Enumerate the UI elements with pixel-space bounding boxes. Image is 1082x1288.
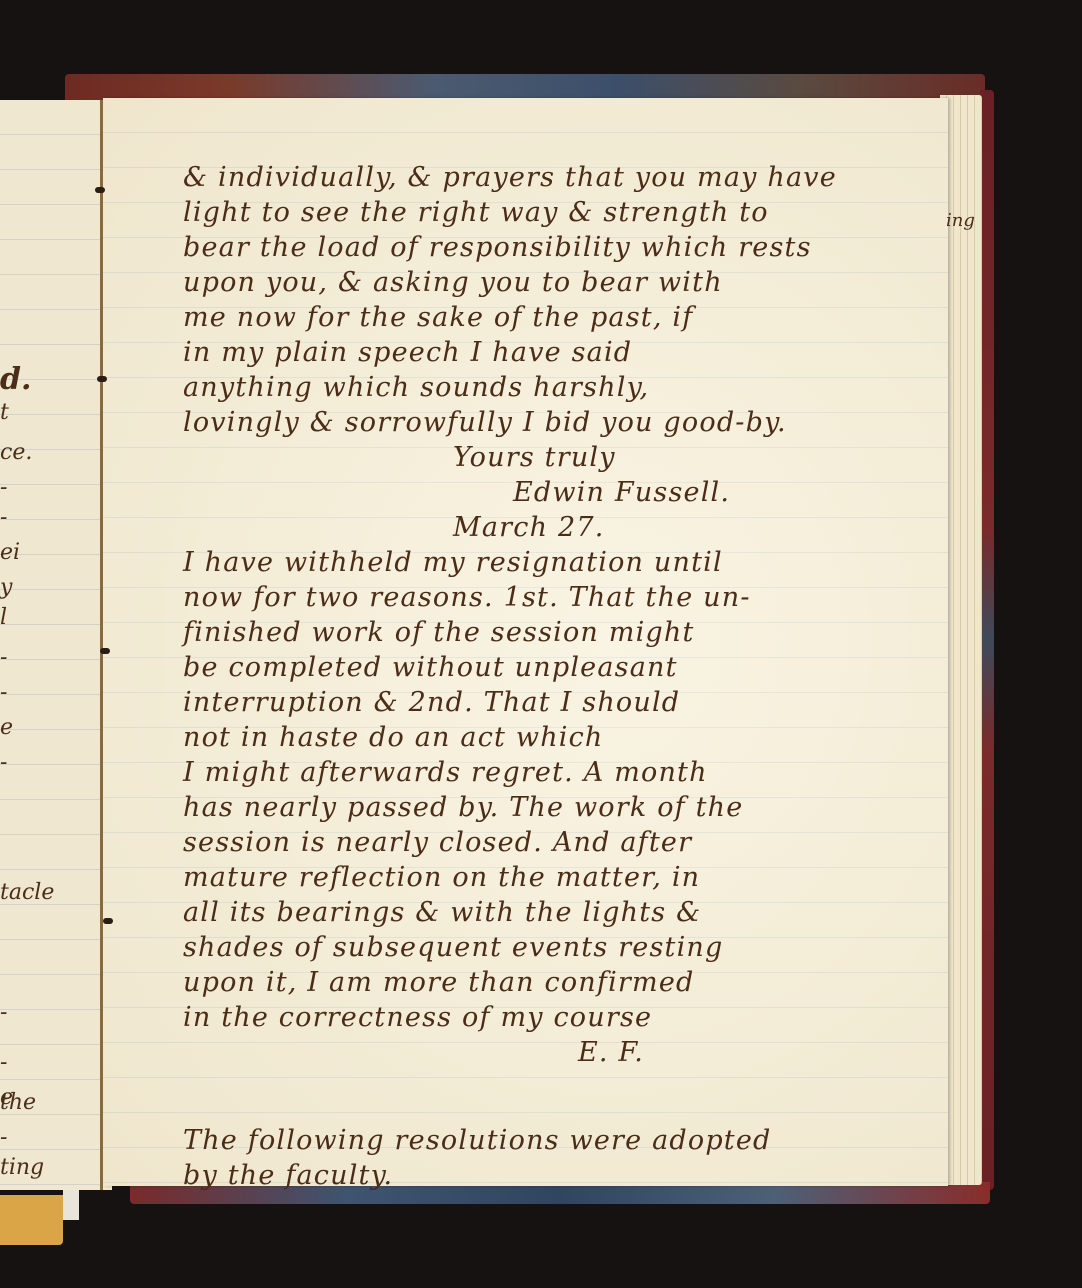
blank-line [183,1070,943,1105]
left-fragment: l [0,605,7,630]
margin-note: ing [946,210,975,231]
manuscript-line: be completed without unpleasant [183,650,943,685]
manuscript-line: upon it, I am more than confirmed [183,965,943,1000]
manuscript-line: interruption & 2nd. That I should [183,685,943,720]
binding-stitch [103,918,113,924]
left-fragment: the [0,1090,36,1115]
manuscript-line: I have withheld my resignation until [183,545,943,580]
left-fragment: - [0,1125,7,1150]
manuscript-line: anything which sounds harshly, [183,370,943,405]
manuscript-line: upon you, & asking you to bear with [183,265,943,300]
book-gutter [100,100,103,1190]
letter-closing: Yours truly [183,440,943,475]
manuscript-line: me now for the sake of the past, if [183,300,943,335]
left-fragment: e [0,715,13,740]
manuscript-line: light to see the right way & strength to [183,195,943,230]
white-tab-marker [63,1190,79,1220]
manuscript-line: lovingly & sorrowfully I bid you good-by… [183,405,943,440]
left-fragment: - [0,750,7,775]
entry-date: March 27. [183,510,943,545]
manuscript-line: in my plain speech I have said [183,335,943,370]
manuscript-line: now for two reasons. 1st. That the un- [183,580,943,615]
manuscript-text: & individually, & prayers that you may h… [183,160,943,1193]
signature: Edwin Fussell. [183,475,943,510]
binding-stitch [97,376,107,382]
binding-stitch [100,648,110,654]
manuscript-line: & individually, & prayers that you may h… [183,160,943,195]
manuscript-line: session is nearly closed. And after [183,825,943,860]
manuscript-line: in the correctness of my course [183,1000,943,1035]
manuscript-line: mature reflection on the matter, in [183,860,943,895]
initials-signature: E. F. [183,1035,943,1070]
left-fragment: ting [0,1155,44,1180]
left-fragment: d. [0,362,31,397]
left-fragment: - [0,1050,7,1075]
manuscript-line: I might afterwards regret. A month [183,755,943,790]
yellow-tab-marker [0,1195,63,1245]
manuscript-line: has nearly passed by. The work of the [183,790,943,825]
book-cover-top-edge [65,74,985,100]
manuscript-line: bear the load of responsibility which re… [183,230,943,265]
left-fragment: - [0,1000,7,1025]
left-fragment: ce. [0,440,32,465]
manuscript-line: not in haste do an act which [183,720,943,755]
left-fragment: tacle [0,880,54,905]
left-fragment: ei [0,540,20,565]
manuscript-line: all its bearings & with the lights & [183,895,943,930]
left-fragment: y [0,575,12,600]
binding-stitch [95,187,105,193]
left-fragment: - [0,505,7,530]
left-fragment: - [0,680,7,705]
book-cover-right-edge [980,90,994,1190]
left-page-text-fragments: d. t ce. - - ei y l - - e - tacle - - e … [0,100,100,1190]
left-fragment: - [0,475,7,500]
manuscript-line: by the faculty. [183,1158,943,1193]
manuscript-line: The following resolutions were adopted [183,1123,943,1158]
left-fragment: - [0,645,7,670]
manuscript-line: finished work of the session might [183,615,943,650]
left-fragment: t [0,400,9,425]
manuscript-line: shades of subsequent events resting [183,930,943,965]
